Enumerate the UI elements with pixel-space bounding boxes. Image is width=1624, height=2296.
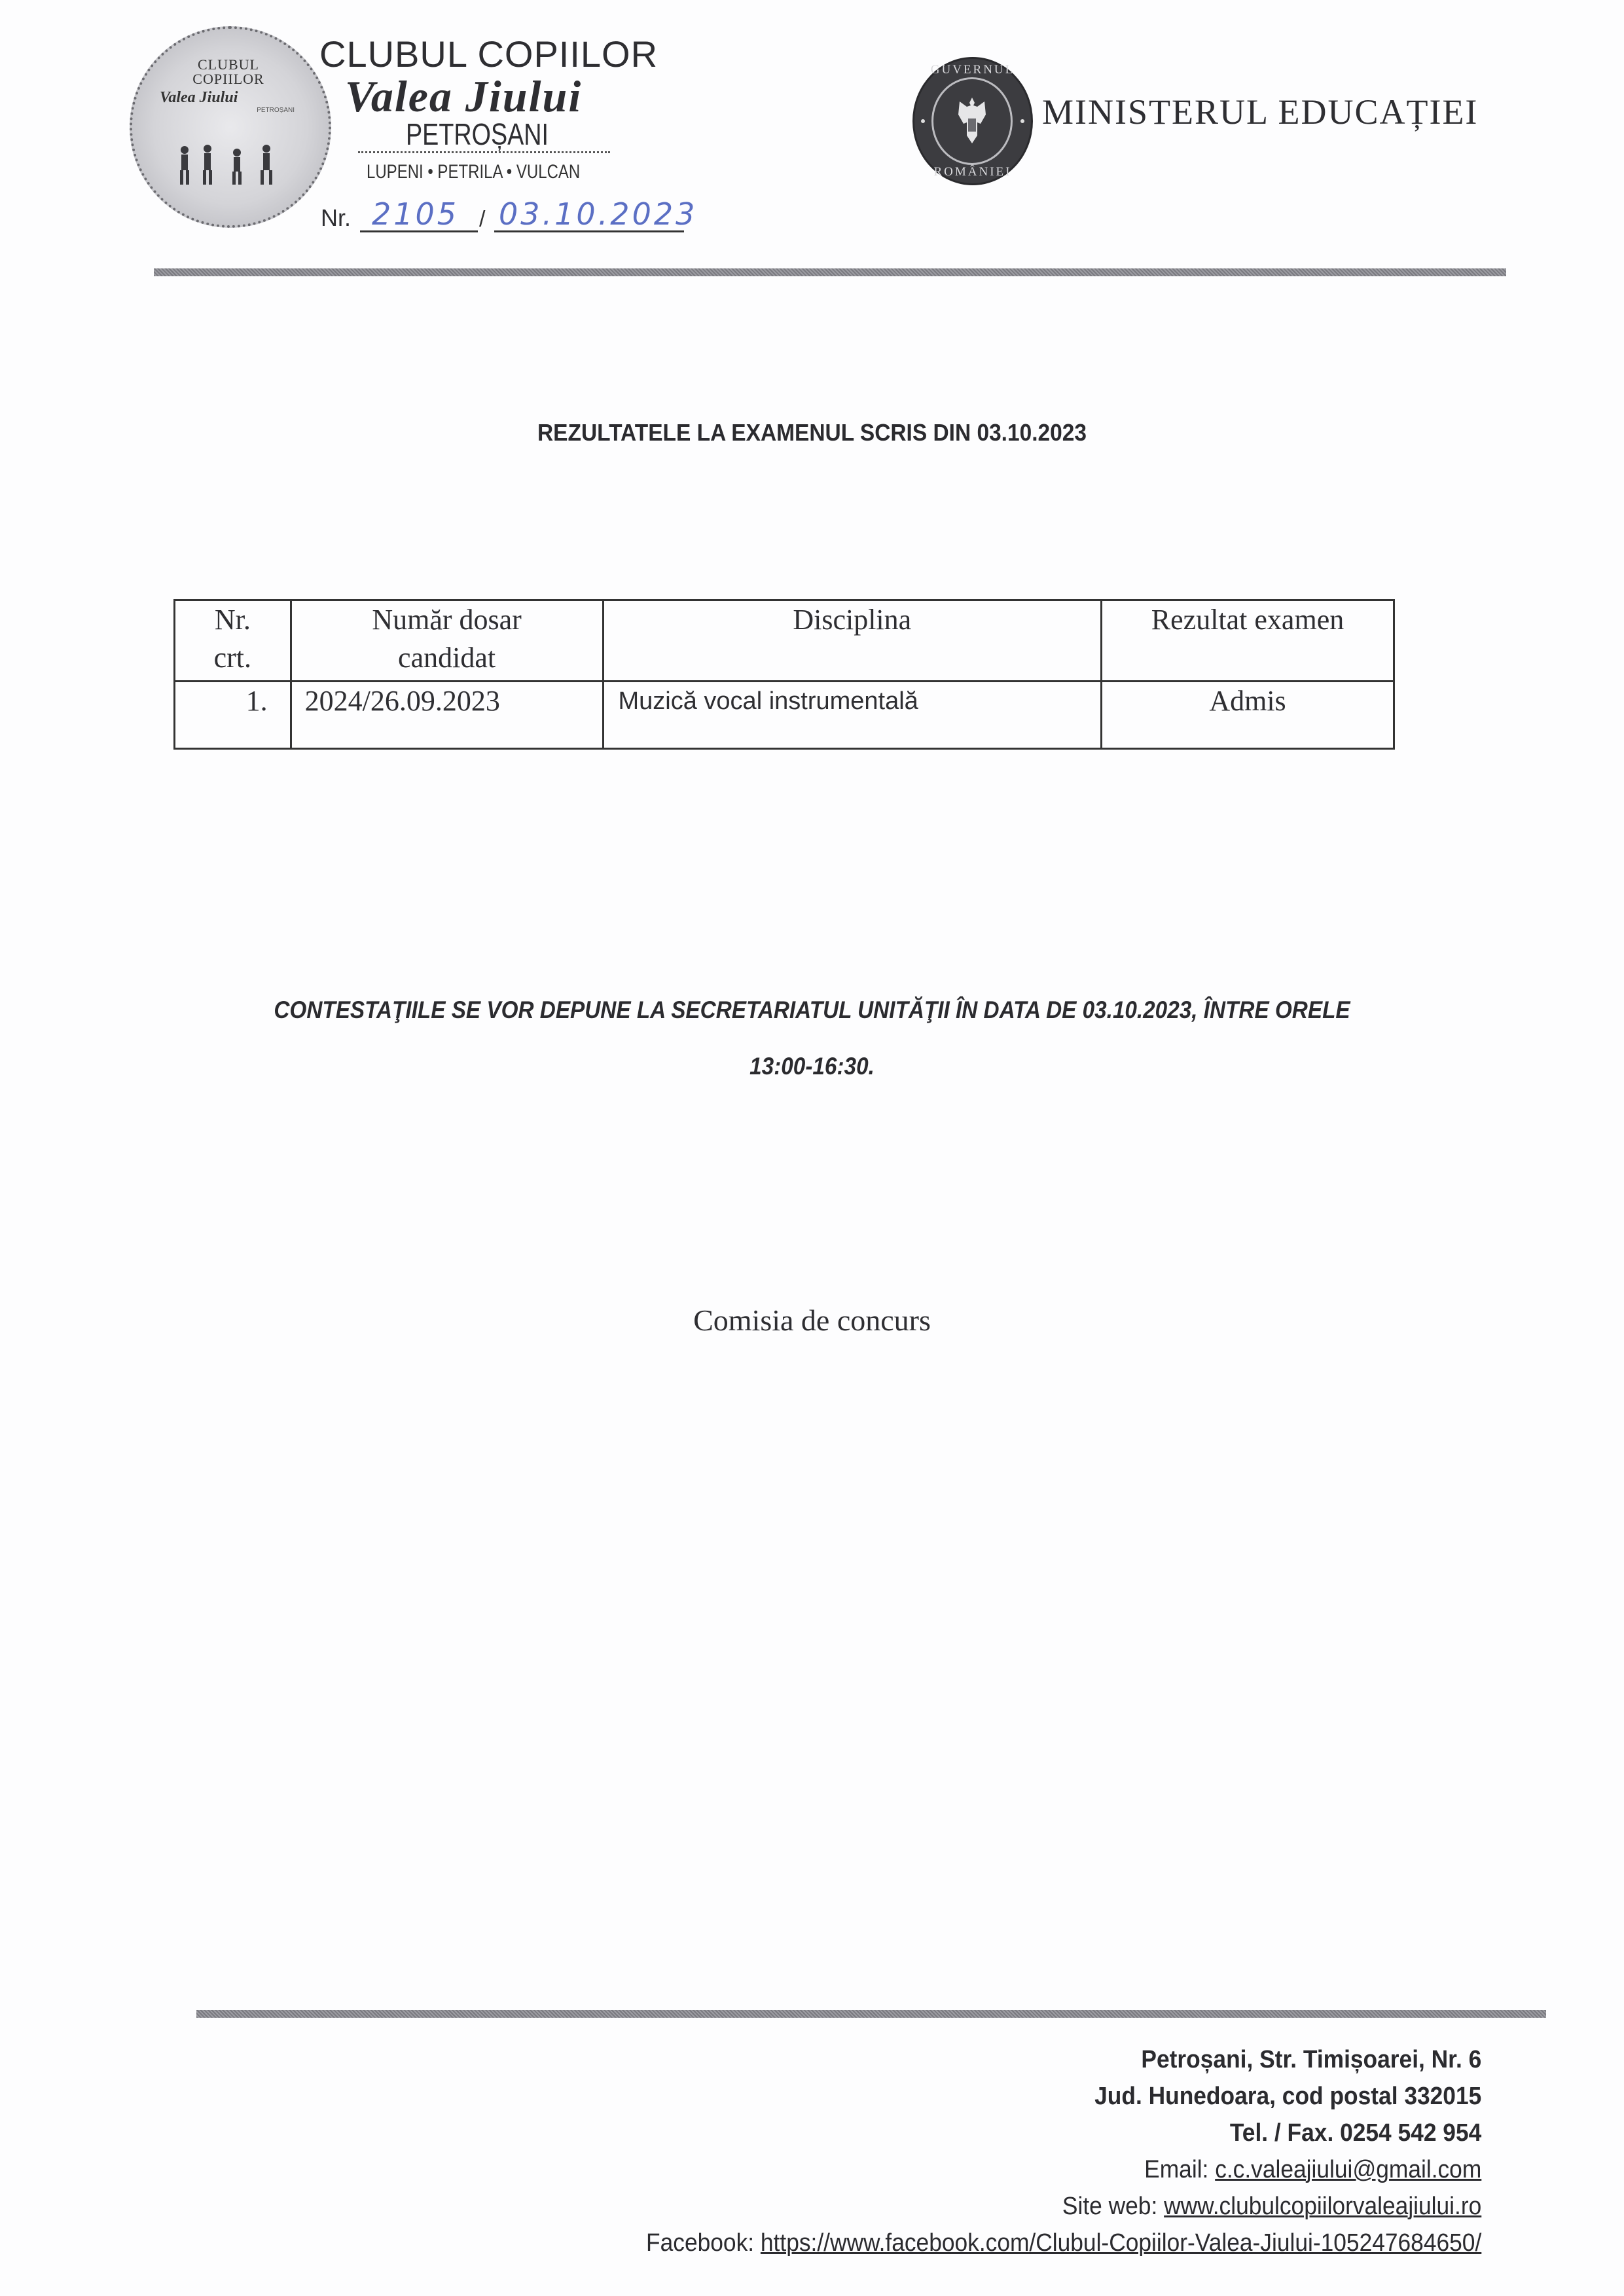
footer-address: Petroșani, Str. Timișoarei, Nr. 6: [646, 2041, 1481, 2078]
appeal-notice-line-1: CONTESTAŢIILE SE VOR DEPUNE LA SECRETARI…: [81, 996, 1543, 1024]
header-nr-crt: Nr. crt.: [175, 600, 291, 682]
header-numar-dosar: Număr dosar candidat: [291, 600, 603, 682]
header-nr-line1: Nr.: [185, 601, 281, 639]
document-title: REZULTATELE LA EXAMENUL SCRIS DIN 03.10.…: [57, 419, 1567, 446]
gov-seal-ring: [931, 77, 1013, 165]
cell-disciplina: Muzică vocal instrumentală: [603, 682, 1102, 749]
seal-small: PETROȘANI: [160, 107, 295, 114]
seal-script: Valea Jiului: [160, 89, 297, 107]
seal-line-1: CLUBUL: [160, 58, 297, 72]
site-label: Site web:: [1062, 2193, 1164, 2220]
registration-number: 2105: [372, 196, 459, 232]
registration-label: Nr.: [321, 204, 351, 232]
children-figures-icon: [171, 143, 289, 189]
header-nr-line2: crt.: [185, 639, 281, 677]
email-label: Email:: [1144, 2156, 1215, 2183]
website-link[interactable]: www.clubulcopiilorvaleajiului.ro: [1164, 2193, 1481, 2220]
club-title: CLUBUL COPIILOR: [319, 33, 658, 75]
seal-dot-left: [921, 119, 925, 123]
footer-site-row: Site web: www.clubulcopiilorvaleajiului.…: [646, 2188, 1481, 2225]
header-dosar-line2: candidat: [301, 639, 593, 677]
email-link[interactable]: c.c.valeajiului@gmail.com: [1215, 2156, 1481, 2183]
footer-email-row: Email: c.c.valeajiului@gmail.com: [646, 2151, 1481, 2188]
registration-date: 03.10.2023: [499, 196, 697, 232]
registration-separator: /: [479, 207, 485, 232]
cell-rezultat: Admis: [1102, 682, 1394, 749]
gov-seal-top-text: GUVERNUL: [914, 63, 1031, 77]
club-towns: LUPENI • PETRILA • VULCAN: [367, 161, 580, 183]
dotted-divider: [358, 151, 610, 153]
header-rezultat: Rezultat examen: [1102, 600, 1394, 682]
seal-dot-right: [1020, 119, 1024, 123]
table-row: 1. 2024/26.09.2023 Muzică vocal instrume…: [175, 682, 1394, 749]
ministry-name: MINISTERUL EDUCAȚIEI: [1042, 92, 1478, 132]
results-table: Nr. crt. Număr dosar candidat Disciplina…: [173, 599, 1395, 750]
header-dosar-line1: Număr dosar: [301, 601, 593, 639]
cell-dosar: 2024/26.09.2023: [291, 682, 603, 749]
facebook-label: Facebook:: [646, 2229, 761, 2257]
footer-phone: Tel. / Fax. 0254 542 954: [646, 2115, 1481, 2151]
club-subtitle: Valea Jiului: [345, 71, 582, 122]
club-seal-logo: CLUBUL COPIILOR Valea Jiului PETROȘANI: [130, 26, 331, 228]
footer-county: Jud. Hunedoara, cod postal 332015: [646, 2078, 1481, 2115]
facebook-link[interactable]: https://www.facebook.com/Clubul-Copiilor…: [761, 2229, 1481, 2257]
appeal-notice-line-2: 13:00-16:30.: [81, 1053, 1543, 1080]
footer-contact: Petroșani, Str. Timișoarei, Nr. 6 Jud. H…: [583, 2041, 1481, 2261]
seal-line-2: COPIILOR: [160, 72, 297, 86]
gov-seal-bottom-text: ROMÂNIEI: [914, 165, 1031, 179]
header-divider: [154, 268, 1506, 276]
table-header-row: Nr. crt. Număr dosar candidat Disciplina…: [175, 600, 1394, 682]
cell-nr: 1.: [175, 682, 291, 749]
footer-facebook-row: Facebook: https://www.facebook.com/Clubu…: [646, 2225, 1481, 2261]
club-seal-text: CLUBUL COPIILOR Valea Jiului PETROȘANI: [160, 58, 297, 114]
committee-signature: Comisia de concurs: [0, 1303, 1624, 1338]
eagle-coat-of-arms-icon: [956, 95, 988, 147]
footer-divider: [196, 2010, 1546, 2018]
header-disciplina: Disciplina: [603, 600, 1102, 682]
club-city: PETROȘANI: [406, 117, 549, 152]
government-seal-logo: GUVERNUL ROMÂNIEI: [912, 57, 1033, 185]
